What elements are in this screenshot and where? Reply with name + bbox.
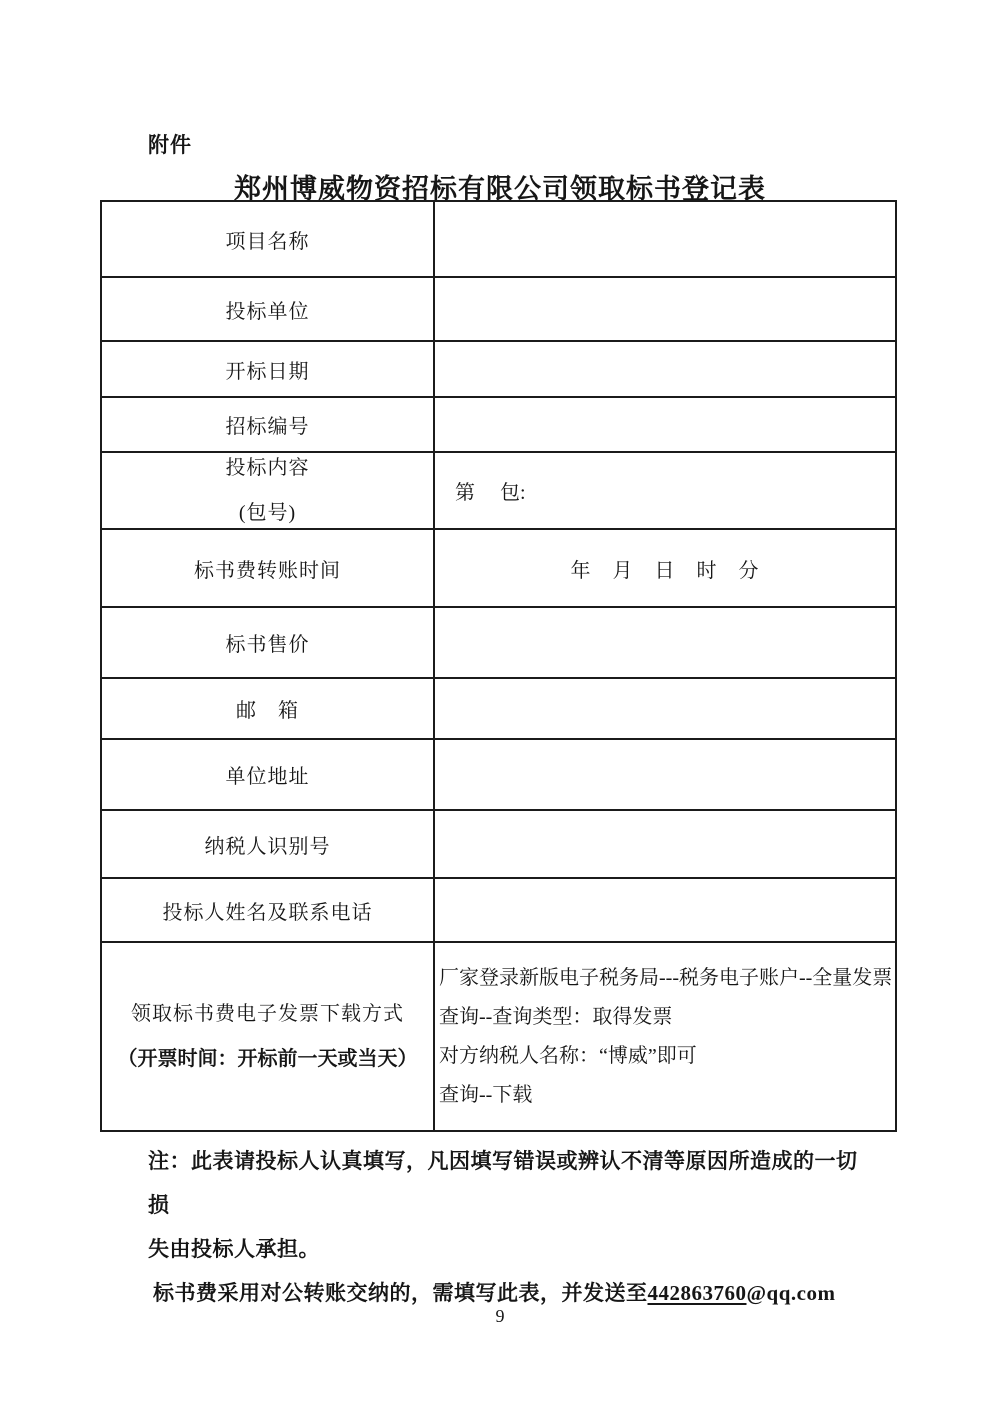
email-domain: @qq.com: [747, 1281, 836, 1305]
value-taxpayer-id: [433, 811, 895, 877]
value-email: [433, 679, 895, 738]
label-invoice-download: 领取标书费电子发票下载方式 （开票时间：开标前一天或当天）: [102, 943, 433, 1130]
value-fee-transfer-time: 年 月 日 时 分: [433, 530, 895, 606]
label-taxpayer-id: 纳税人识别号: [102, 811, 433, 877]
label-company-address: 单位地址: [102, 740, 433, 809]
label-invoice-download-line1: 领取标书费电子发票下载方式: [131, 992, 404, 1037]
note-line-3-text: 标书费采用对公转账交纳的，需填写此表，并发送至: [153, 1281, 648, 1305]
table-row-bid-opening-date: 开标日期: [102, 340, 895, 396]
table-row-document-price: 标书售价: [102, 606, 895, 677]
email-address: 442863760: [648, 1281, 747, 1305]
table-row-bidder-name-phone: 投标人姓名及联系电话: [102, 877, 895, 941]
table-row-bid-content-package: 投标内容 (包号) 第 包:: [102, 451, 895, 528]
label-bid-opening-date: 开标日期: [102, 342, 433, 396]
value-bidder-unit: [433, 278, 895, 340]
table-row-bidder-unit: 投标单位: [102, 276, 895, 340]
page-number: 9: [0, 1306, 1000, 1327]
table-row-email: 邮 箱: [102, 677, 895, 738]
note-line-1: 注：此表请投标人认真填写，凡因填写错误或辨认不清等原因所造成的一切损: [148, 1139, 872, 1227]
invoice-step-4: 查询--下载: [439, 1076, 895, 1115]
label-project-name: 项目名称: [102, 202, 433, 276]
note-line-2: 失由投标人承担。: [148, 1227, 872, 1271]
value-bid-content-package: 第 包:: [433, 453, 895, 528]
invoice-step-2: 查询--查询类型：取得发票: [439, 998, 895, 1037]
label-bid-content-line1: 投标内容: [226, 446, 310, 491]
footer-notes: 注：此表请投标人认真填写，凡因填写错误或辨认不清等原因所造成的一切损 失由投标人…: [148, 1139, 872, 1315]
table-row-fee-transfer-time: 标书费转账时间 年 月 日 时 分: [102, 528, 895, 606]
label-email: 邮 箱: [102, 679, 433, 738]
value-invoice-download: 厂家登录新版电子税务局---税务电子账户--全量发票 查询--查询类型：取得发票…: [433, 943, 895, 1130]
label-bidder-name-phone: 投标人姓名及联系电话: [102, 879, 433, 941]
value-company-address: [433, 740, 895, 809]
table-row-taxpayer-id: 纳税人识别号: [102, 809, 895, 877]
value-project-name: [433, 202, 895, 276]
table-row-invoice-download: 领取标书费电子发票下载方式 （开票时间：开标前一天或当天） 厂家登录新版电子税务…: [102, 941, 895, 1130]
registration-table: 项目名称 投标单位 开标日期 招标编号 投标内容 (包号) 第 包: 标书费转账…: [100, 200, 897, 1132]
label-document-price: 标书售价: [102, 608, 433, 677]
value-document-price: [433, 608, 895, 677]
label-invoice-time-line2: （开票时间：开标前一天或当天）: [118, 1037, 418, 1082]
invoice-step-1: 厂家登录新版电子税务局---税务电子账户--全量发票: [439, 959, 895, 998]
label-tender-number: 招标编号: [102, 398, 433, 451]
attachment-label: 附件: [148, 129, 192, 159]
table-row-company-address: 单位地址: [102, 738, 895, 809]
value-bidder-name-phone: [433, 879, 895, 941]
invoice-step-3: 对方纳税人名称：“博威”即可: [439, 1037, 895, 1076]
table-row-project-name: 项目名称: [102, 202, 895, 276]
value-bid-opening-date: [433, 342, 895, 396]
label-fee-transfer-time: 标书费转账时间: [102, 530, 433, 606]
label-bid-content-package: 投标内容 (包号): [102, 453, 433, 528]
value-tender-number: [433, 398, 895, 451]
table-row-tender-number: 招标编号: [102, 396, 895, 451]
label-bidder-unit: 投标单位: [102, 278, 433, 340]
